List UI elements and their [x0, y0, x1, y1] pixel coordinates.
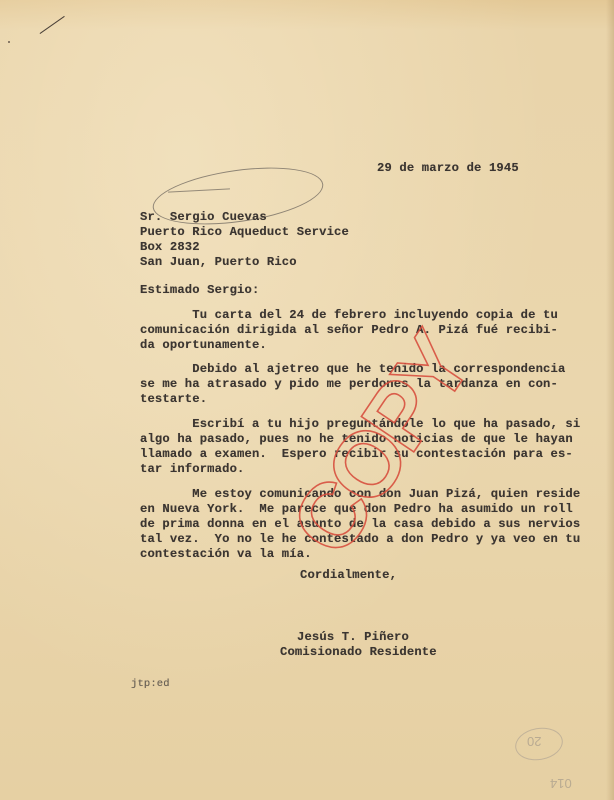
signer-title: Comisionado Residente — [280, 645, 437, 660]
recipient-name: Sr. Sergio Cuevas — [140, 210, 267, 225]
page-number: 014 — [550, 776, 572, 791]
paragraph-line: testarte. — [140, 392, 207, 407]
paragraph-line: de prima donna en el asunto de la casa d… — [140, 517, 580, 532]
paragraph-line: comunicación dirigida al señor Pedro A. … — [140, 323, 558, 338]
paragraph-line: Me estoy comunicando con don Juan Pizá, … — [140, 487, 580, 502]
paragraph-line: Tu carta del 24 de febrero incluyendo co… — [140, 308, 558, 323]
paragraph-line: en Nueva York. Me parece que don Pedro h… — [140, 502, 573, 517]
paragraph-line: contestación va la mía. — [140, 547, 312, 562]
letter-page: 29 de marzo de 1945 Sr. Sergio Cuevas Pu… — [0, 0, 614, 800]
letter-date: 29 de marzo de 1945 — [377, 161, 519, 176]
pencil-dot — [8, 41, 10, 43]
paragraph-line: Escribí a tu hijo preguntándole lo que h… — [140, 417, 580, 432]
recipient-box: Box 2832 — [140, 240, 200, 255]
paper-edge — [606, 0, 614, 800]
circled-number: 20 — [527, 734, 541, 749]
paragraph-line: da oportunamente. — [140, 338, 267, 353]
paragraph-line: llamado a examen. Espero recibir su cont… — [140, 447, 573, 462]
closing: Cordialmente, — [300, 568, 397, 583]
paragraph-line: tal vez. Yo no le he contestado a don Pe… — [140, 532, 580, 547]
recipient-organization: Puerto Rico Aqueduct Service — [140, 225, 349, 240]
reference-initials: jtp:ed — [131, 677, 170, 692]
recipient-city: San Juan, Puerto Rico — [140, 255, 297, 270]
signer-name: Jesús T. Piñero — [297, 630, 409, 645]
paragraph-line: tar informado. — [140, 462, 245, 477]
paragraph-line: se me ha atrasado y pido me perdones la … — [140, 377, 558, 392]
paragraph-line: Debido al ajetreo que he tenido la corre… — [140, 362, 565, 377]
paragraph-line: algo ha pasado, pues no he tenido notici… — [140, 432, 573, 447]
pencil-mark — [40, 16, 65, 34]
salutation: Estimado Sergio: — [140, 283, 259, 298]
